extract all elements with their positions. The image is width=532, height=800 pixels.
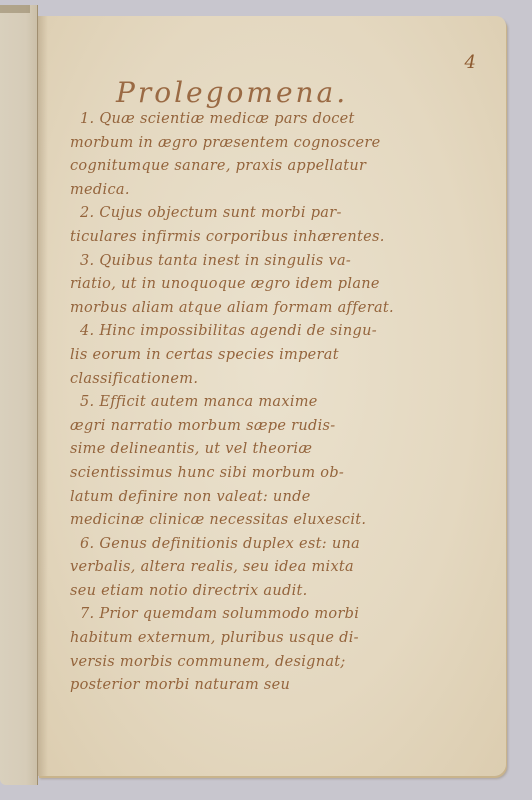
folio-number: 4: [465, 52, 476, 73]
text-line: cognitumque sanare, praxis appellatur: [70, 155, 490, 179]
gutter-shadow: [38, 16, 48, 776]
text-line: 2. Cujus objectum sunt morbi par-: [70, 202, 490, 226]
text-line: posterior morbi naturam seu: [70, 674, 490, 698]
text-line: 4. Hinc impossibilitas agendi de singu-: [70, 320, 490, 344]
text-line: ægri narratio morbum sæpe rudis-: [70, 415, 490, 439]
text-line: habitum externum, pluribus usque di-: [70, 627, 490, 651]
text-line: lis eorum in certas species imperat: [70, 344, 490, 368]
text-line: medicinæ clinicæ necessitas eluxescit.: [70, 509, 490, 533]
text-line: latum definire non valeat: unde: [70, 486, 490, 510]
text-line: versis morbis communem, designat;: [70, 651, 490, 675]
text-line: 3. Quibus tanta inest in singulis va-: [70, 250, 490, 274]
page-title: Prolegomena.: [116, 76, 348, 109]
text-line: scientissimus hunc sibi morbum ob-: [70, 462, 490, 486]
text-line: 5. Efficit autem manca maxime: [70, 391, 490, 415]
text-line: verbalis, altera realis, seu idea mixta: [70, 556, 490, 580]
text-line: seu etiam notio directrix audit.: [70, 580, 490, 604]
text-line: medica.: [70, 179, 490, 203]
manuscript-text: 1. Quæ scientiæ medicæ pars docet morbum…: [70, 108, 490, 698]
text-line: classificationem.: [70, 368, 490, 392]
text-line: riatio, ut in unoquoque ægro idem plane: [70, 273, 490, 297]
text-line: 1. Quæ scientiæ medicæ pars docet: [70, 108, 490, 132]
manuscript-page: 4 Prolegomena. 1. Quæ scientiæ medicæ pa…: [38, 16, 506, 776]
text-line: ticulares infirmis corporibus inhærentes…: [70, 226, 490, 250]
text-line: 6. Genus definitionis duplex est: una: [70, 533, 490, 557]
left-page-edge: [0, 5, 38, 785]
binding-edge: [0, 5, 30, 13]
text-line: morbus aliam atque aliam formam afferat.: [70, 297, 490, 321]
text-line: sime delineantis, ut vel theoriæ: [70, 438, 490, 462]
text-line: morbum in ægro præsentem cognoscere: [70, 132, 490, 156]
text-line: 7. Prior quemdam solummodo morbi: [70, 603, 490, 627]
